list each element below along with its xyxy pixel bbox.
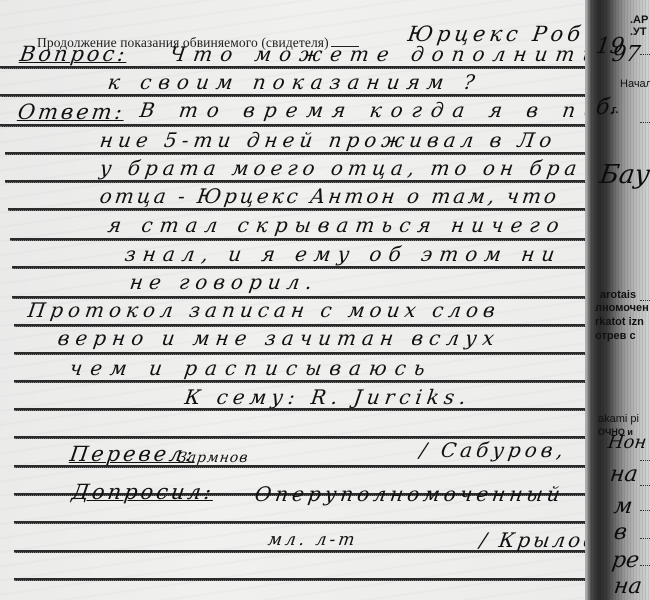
translator-name: Зармнов [177,450,250,466]
ruled-line [10,238,588,241]
strip-printed: .АР [630,14,648,26]
strip-handwriting: на [612,574,643,599]
ruled-line [0,124,588,127]
ruled-line [0,66,588,69]
interrogator-rank: мл. л-т [267,530,359,550]
interrogator-title: Оперуполномоченный [253,482,565,506]
line-text: В то время когда я в по [138,98,607,122]
ruled-line [8,208,588,211]
strip-handwriting: Нон [607,432,648,453]
line-text: к своим показаниям ? [106,70,483,94]
line-text: знал, и я ему об этом ни [123,242,563,266]
protocol-text: Протокол записан с моих слов [26,298,501,322]
strip-printed: отрев с [595,330,636,342]
strip-printed: rkatot izn [595,316,644,328]
ruled-line [5,180,588,183]
strip-handwriting: Бау [598,160,650,190]
strip-handwriting: б. [594,95,618,120]
ruled-line [14,352,588,355]
ruled-line [0,94,588,97]
ruled-line [14,521,588,524]
signature-line: К сему: R. Jurciks. [183,385,472,409]
ruled-line [5,152,588,155]
strip-handwriting: ре [610,548,641,573]
strip-printed: akami pi [598,413,639,425]
ruled-line [14,380,588,383]
translator-signature: / Сабуров, [418,438,568,462]
line-text: я стал скрываться ничего [106,213,567,237]
strip-dotted-line [640,538,650,540]
question-label: Вопрос: [18,42,129,66]
strip-printed: лномочен [595,302,649,314]
line-text: ние 5-ти дней проживал в Ло [98,128,558,152]
strip-dotted-line [640,510,650,512]
strip-dotted-line [640,565,650,567]
line-text: чем и расписываюсь [68,356,434,380]
strip-dotted-line [640,122,650,124]
strip-dotted-line [640,485,650,487]
strip-dotted-line [640,54,650,56]
interrogator-signature: / Крылов [478,528,599,552]
answer-label: Ответ: [16,100,126,124]
strip-handwriting: м [612,494,634,519]
document-page: Продолжение показания обвиняемого (свиде… [0,0,650,600]
line-text: не говорил. [128,270,319,294]
strip-printed: .УТ [630,26,647,38]
interrogator-label: Допросил: [70,480,215,504]
strip-printed: Начальн [620,78,650,90]
strip-handwriting: 97 [610,42,642,67]
line-text: отца - Юрцекс Антон о там, что [98,184,561,208]
strip-handwriting: на [608,462,639,487]
line-text: верно и мне зачитан вслух [56,326,501,350]
question-text: Что можете дополнить [168,42,603,66]
strip-dotted-line [640,300,650,302]
line-text: у брата моего отца, то он бра [98,156,583,180]
strip-dotted-line [640,460,650,462]
ruled-line [12,266,588,269]
strip-printed: arotais [600,289,636,301]
ruled-line [14,578,588,581]
